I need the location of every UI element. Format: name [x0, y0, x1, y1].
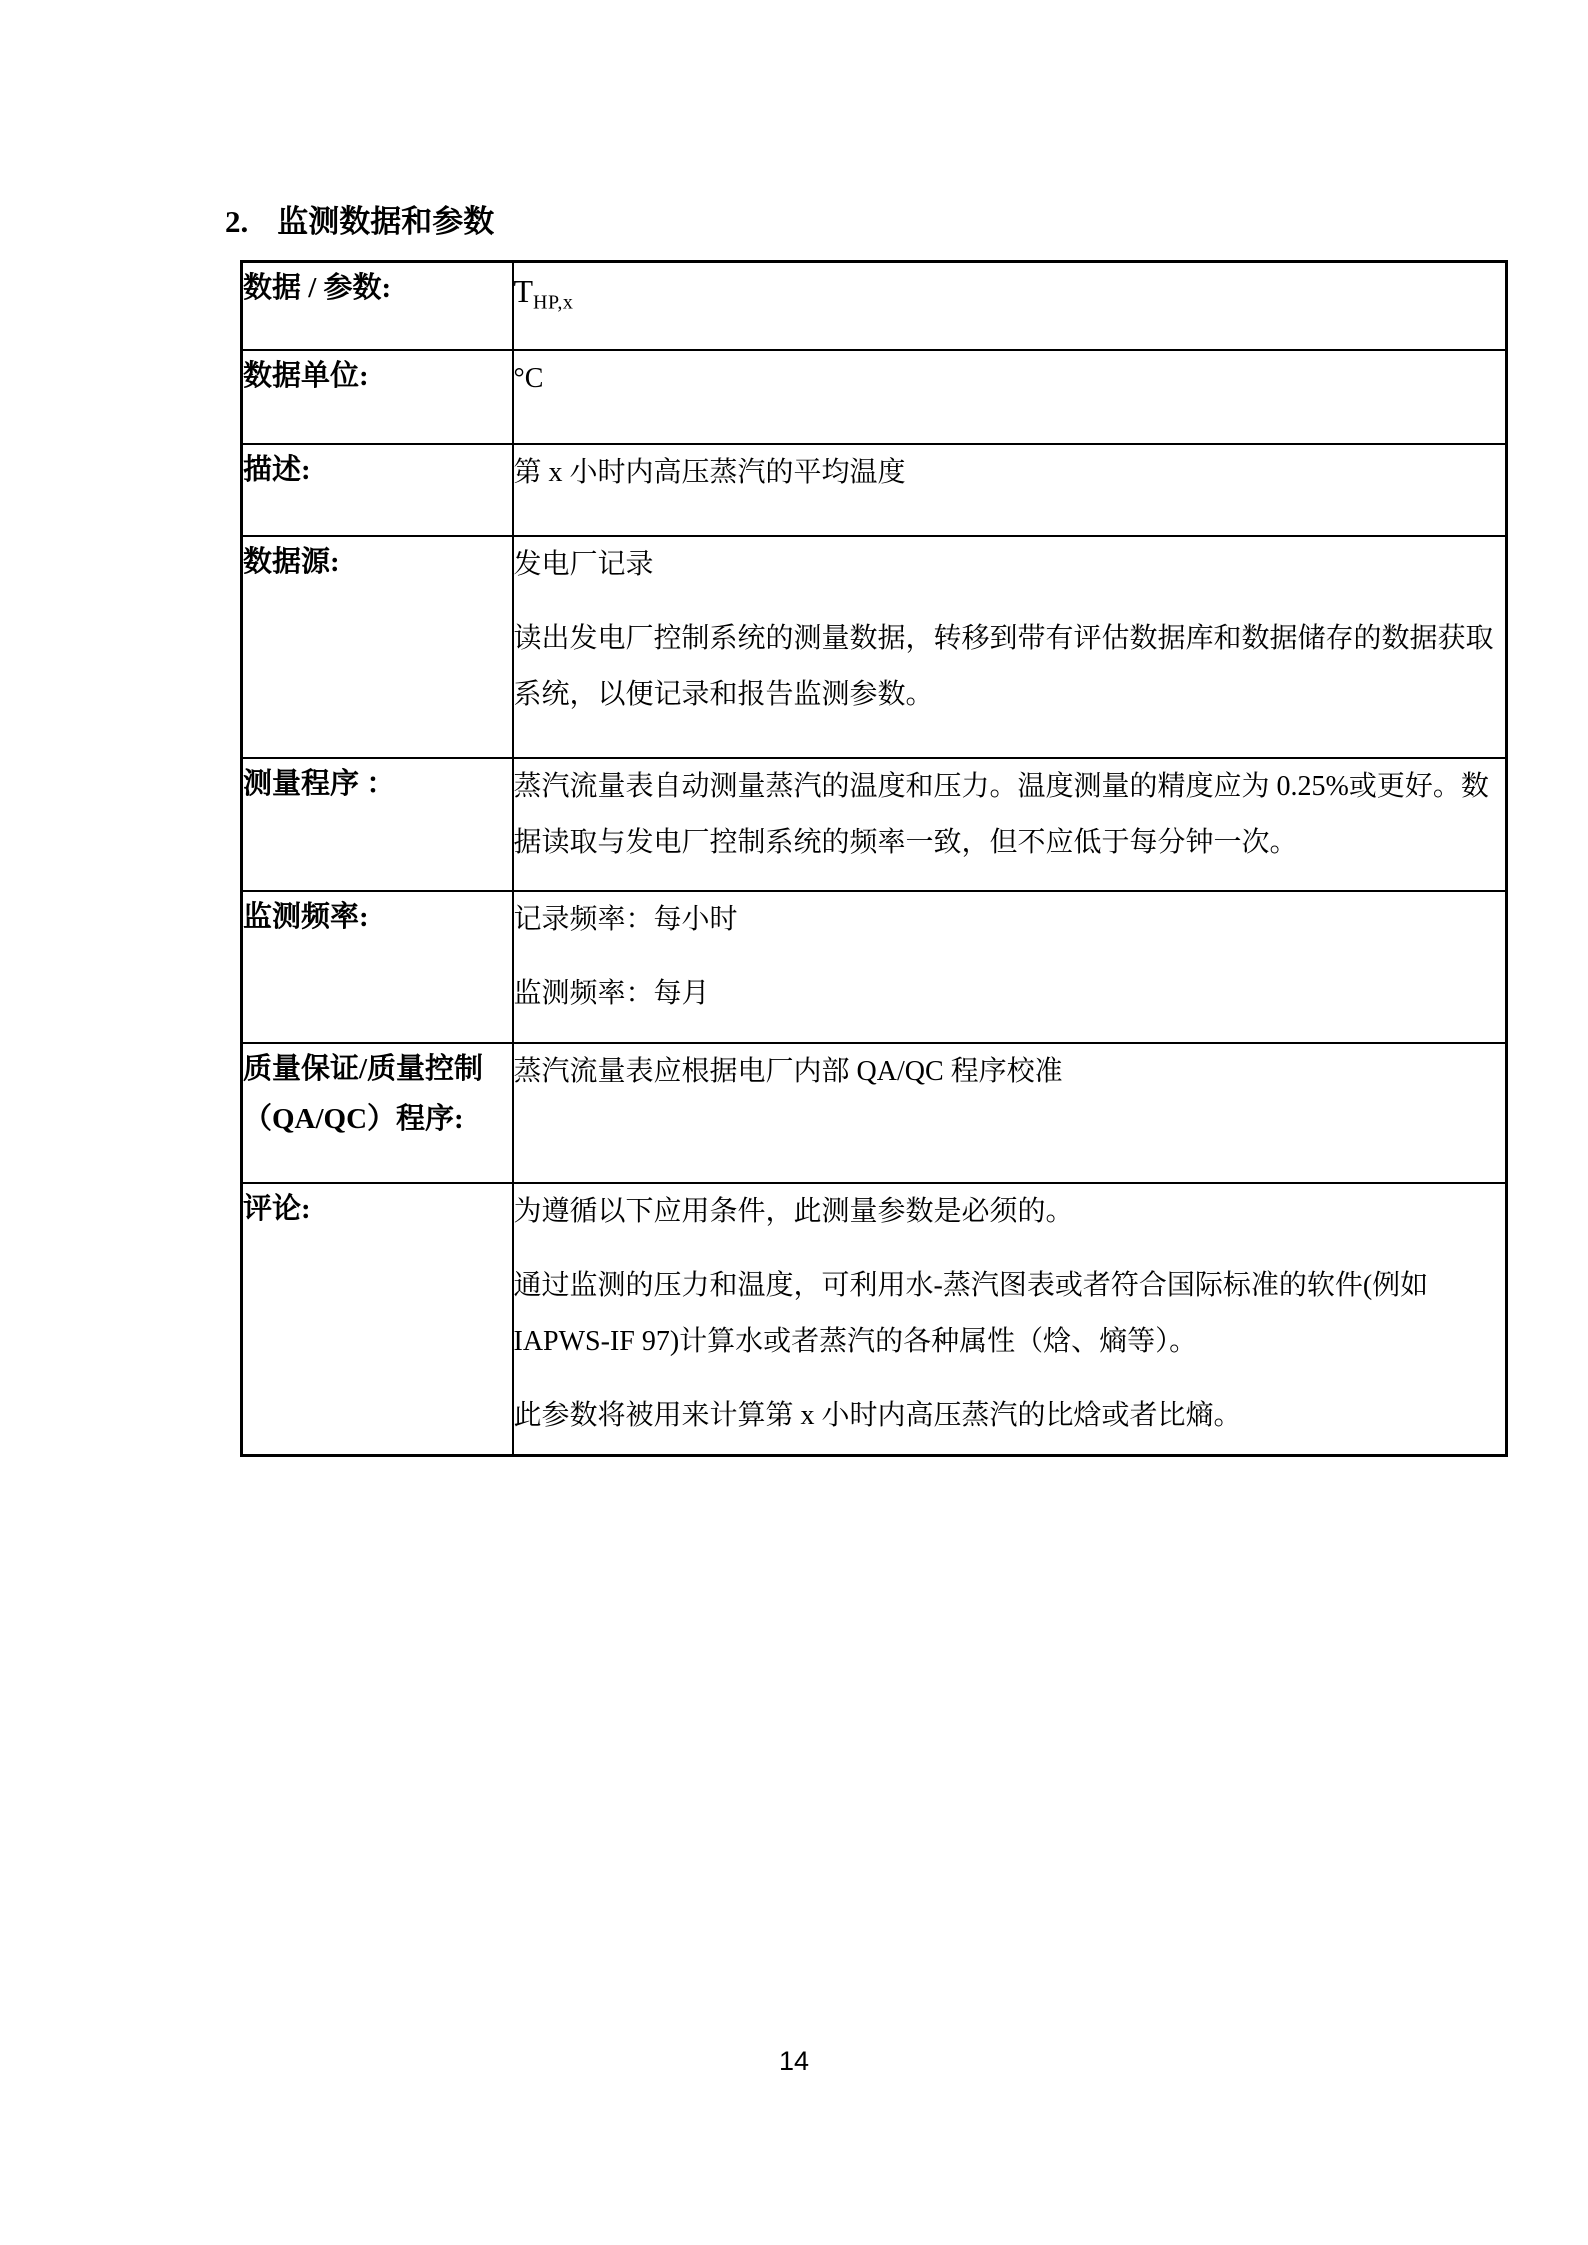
row-label-text: 监测频率: [243, 892, 512, 942]
row-label-line: 质量保证/质量控制 [243, 1044, 512, 1094]
row-value: 蒸汽流量表自动测量蒸汽的温度和压力。温度测量的精度应为 0.25%或更好。数据读… [513, 758, 1507, 891]
row-label: 监测频率: [242, 891, 513, 1043]
value-paragraph: 蒸汽流量表自动测量蒸汽的温度和压力。温度测量的精度应为 0.25%或更好。数据读… [514, 759, 1506, 871]
value-paragraph: 为遵循以下应用条件，此测量参数是必须的。 [514, 1184, 1506, 1240]
section-title: 监测数据和参数 [277, 204, 494, 239]
value-paragraph: 此参数将被用来计算第 x 小时内高压蒸汽的比焓或者比熵。 [514, 1388, 1506, 1444]
row-label: 数据 / 参数: [242, 262, 513, 350]
row-value: 为遵循以下应用条件，此测量参数是必须的。 通过监测的压力和温度，可利用水-蒸汽图… [513, 1183, 1507, 1456]
row-value: 蒸汽流量表应根据电厂内部 QA/QC 程序校准 [513, 1043, 1507, 1183]
table-row-comments: 评论: 为遵循以下应用条件，此测量参数是必须的。 通过监测的压力和温度，可利用水… [242, 1183, 1507, 1456]
row-value: 发电厂记录 读出发电厂控制系统的测量数据，转移到带有评估数据库和数据储存的数据获… [513, 536, 1507, 758]
row-label-text: 数据 / 参数: [243, 263, 512, 313]
section-number: 2. [225, 204, 248, 240]
section-heading: 2.监测数据和参数 [225, 196, 494, 241]
page-number: 14 [0, 2046, 1588, 2077]
row-label: 数据源: [242, 536, 513, 758]
row-value: °C [513, 350, 1507, 444]
row-label-text: 数据单位: [243, 351, 512, 401]
row-label: 测量程序 ： [242, 758, 513, 891]
row-label-text: 数据源: [243, 537, 512, 587]
row-label-text: 描述: [243, 445, 512, 495]
row-label: 评论: [242, 1183, 513, 1456]
value-paragraph: 发电厂记录 [514, 537, 1506, 593]
document-page: 2.监测数据和参数 数据 / 参数: THP,x 数据单位: °C [0, 0, 1588, 2245]
row-label: 质量保证/质量控制 （QA/QC）程序: [242, 1043, 513, 1183]
value-paragraph: 通过监测的压力和温度，可利用水-蒸汽图表或者符合国际标准的软件(例如 IAPWS… [514, 1258, 1506, 1370]
row-label: 描述: [242, 444, 513, 536]
monitoring-parameter-table: 数据 / 参数: THP,x 数据单位: °C 描述: 第 [240, 260, 1508, 1457]
row-value: 第 x 小时内高压蒸汽的平均温度 [513, 444, 1507, 536]
value-paragraph: 蒸汽流量表应根据电厂内部 QA/QC 程序校准 [514, 1044, 1506, 1100]
row-label: 数据单位: [242, 350, 513, 444]
table-row-parameter: 数据 / 参数: THP,x [242, 262, 1507, 350]
parameter-subscript: HP,x [533, 292, 573, 314]
parameter-symbol: THP,x [514, 263, 1506, 331]
parameter-base: T [514, 273, 534, 309]
table-row-unit: 数据单位: °C [242, 350, 1507, 444]
value-paragraph: 读出发电厂控制系统的测量数据，转移到带有评估数据库和数据储存的数据获取系统，以便… [514, 611, 1506, 723]
value-paragraph: 第 x 小时内高压蒸汽的平均温度 [514, 445, 1506, 501]
row-label-text: 测量程序 ： [243, 759, 512, 809]
table-row-monitoring-frequency: 监测频率: 记录频率：每小时 监测频率：每月 [242, 891, 1507, 1043]
row-label-text: 评论: [243, 1184, 512, 1234]
row-value: THP,x [513, 262, 1507, 350]
table-row-measurement-procedure: 测量程序 ： 蒸汽流量表自动测量蒸汽的温度和压力。温度测量的精度应为 0.25%… [242, 758, 1507, 891]
table-row-data-source: 数据源: 发电厂记录 读出发电厂控制系统的测量数据，转移到带有评估数据库和数据储… [242, 536, 1507, 758]
row-value: 记录频率：每小时 监测频率：每月 [513, 891, 1507, 1043]
value-paragraph: 监测频率：每月 [514, 966, 1506, 1022]
table-row-description: 描述: 第 x 小时内高压蒸汽的平均温度 [242, 444, 1507, 536]
table-row-qaqc-procedures: 质量保证/质量控制 （QA/QC）程序: 蒸汽流量表应根据电厂内部 QA/QC … [242, 1043, 1507, 1183]
value-paragraph: 记录频率：每小时 [514, 892, 1506, 948]
value-paragraph: °C [514, 351, 1506, 407]
row-label-line: （QA/QC）程序: [243, 1094, 512, 1144]
